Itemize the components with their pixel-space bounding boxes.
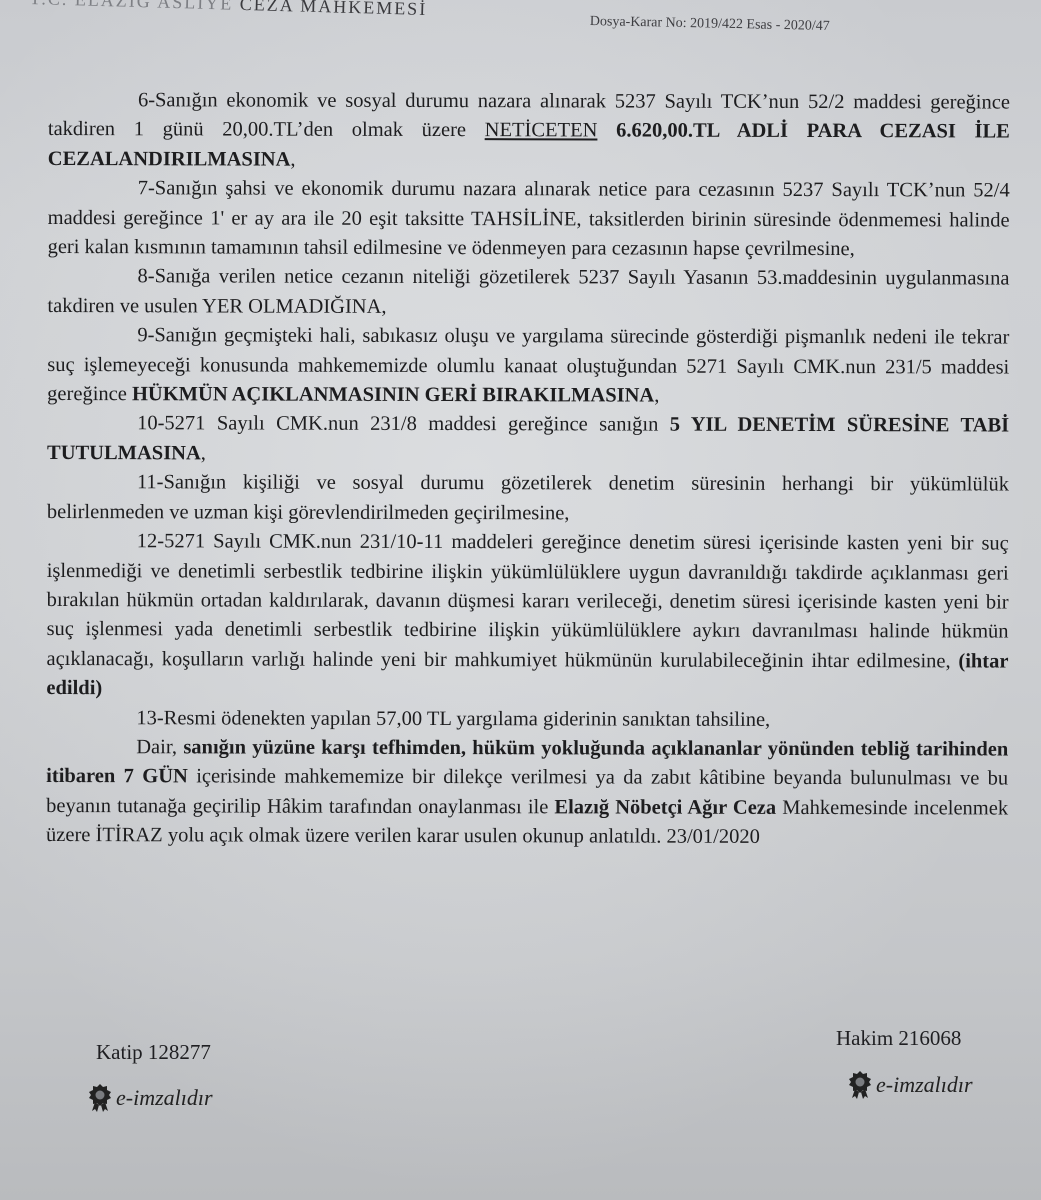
- file-number: Dosya-Karar No: 2019/422 Esas - 2020/47: [590, 14, 830, 35]
- p10-text: 10-5271 Sayılı CMK.nun 231/8 maddesi ger…: [137, 413, 670, 436]
- judge-signature-label: Hakim 216068: [836, 1026, 961, 1051]
- paragraph-6: 6-Sanığın ekonomik ve sosyal durumu naza…: [48, 86, 1010, 177]
- document-page: T.C. ELAZIĞ ASLİYE CEZA MAHKEMESİ Dosya-…: [0, 0, 1041, 1200]
- judge-e-signature: e-imzalıdır: [848, 1070, 973, 1100]
- paragraph-12: 12-5271 Sayılı CMK.nun 231/10-11 maddele…: [46, 527, 1008, 706]
- p9-bold: HÜKMÜN AÇIKLANMASININ GERİ BIRAKILMASINA: [132, 383, 654, 406]
- verdict-body: 6-Sanığın ekonomik ve sosyal durumu naza…: [46, 86, 1010, 853]
- paragraph-10: 10-5271 Sayılı CMK.nun 231/8 maddesi ger…: [47, 409, 1009, 470]
- paragraph-8: 8-Sanığa verilen netice cezanın niteliği…: [47, 262, 1009, 323]
- court-name: T.C. ELAZIĞ ASLİYE CEZA MAHKEMESİ: [29, 0, 427, 20]
- dair-text-a: Dair,: [136, 736, 183, 758]
- clerk-e-signature-text: e-imzalıdır: [116, 1085, 213, 1111]
- paragraph-11: 11-Sanığın kişiliği ve sosyal durumu göz…: [47, 468, 1009, 529]
- dair-bold-b: Elazığ Nöbetçi Ağır Ceza: [554, 796, 776, 819]
- court-name-text: CEZA MAHKEMESİ: [240, 0, 428, 19]
- paragraph-dair: Dair, sanığın yüzüne karşı tefhimden, hü…: [46, 733, 1008, 853]
- e-signature-seal-icon: [88, 1083, 112, 1113]
- clerk-e-signature: e-imzalıdır: [88, 1083, 213, 1113]
- paragraph-9: 9-Sanığın geçmişteki hali, sabıkasız olu…: [47, 321, 1009, 412]
- e-signature-seal-icon: [848, 1070, 872, 1100]
- p9-tail: ,: [654, 385, 659, 407]
- p12-text: 12-5271 Sayılı CMK.nun 231/10-11 maddele…: [46, 530, 1008, 672]
- clerk-signature-label: Katip 128277: [96, 1040, 211, 1065]
- p6-underlined: NETİCETEN: [485, 120, 598, 142]
- p10-tail: ,: [201, 442, 206, 464]
- court-name-faded: T.C. ELAZIĞ ASLİYE: [29, 0, 240, 14]
- paragraph-13: 13-Resmi ödenekten yapılan 57,00 TL yarg…: [46, 704, 1008, 736]
- paragraph-7: 7-Sanığın şahsi ve ekonomik durumu nazar…: [48, 174, 1010, 265]
- p6-tail: ,: [290, 148, 295, 170]
- judge-e-signature-text: e-imzalıdır: [876, 1072, 973, 1098]
